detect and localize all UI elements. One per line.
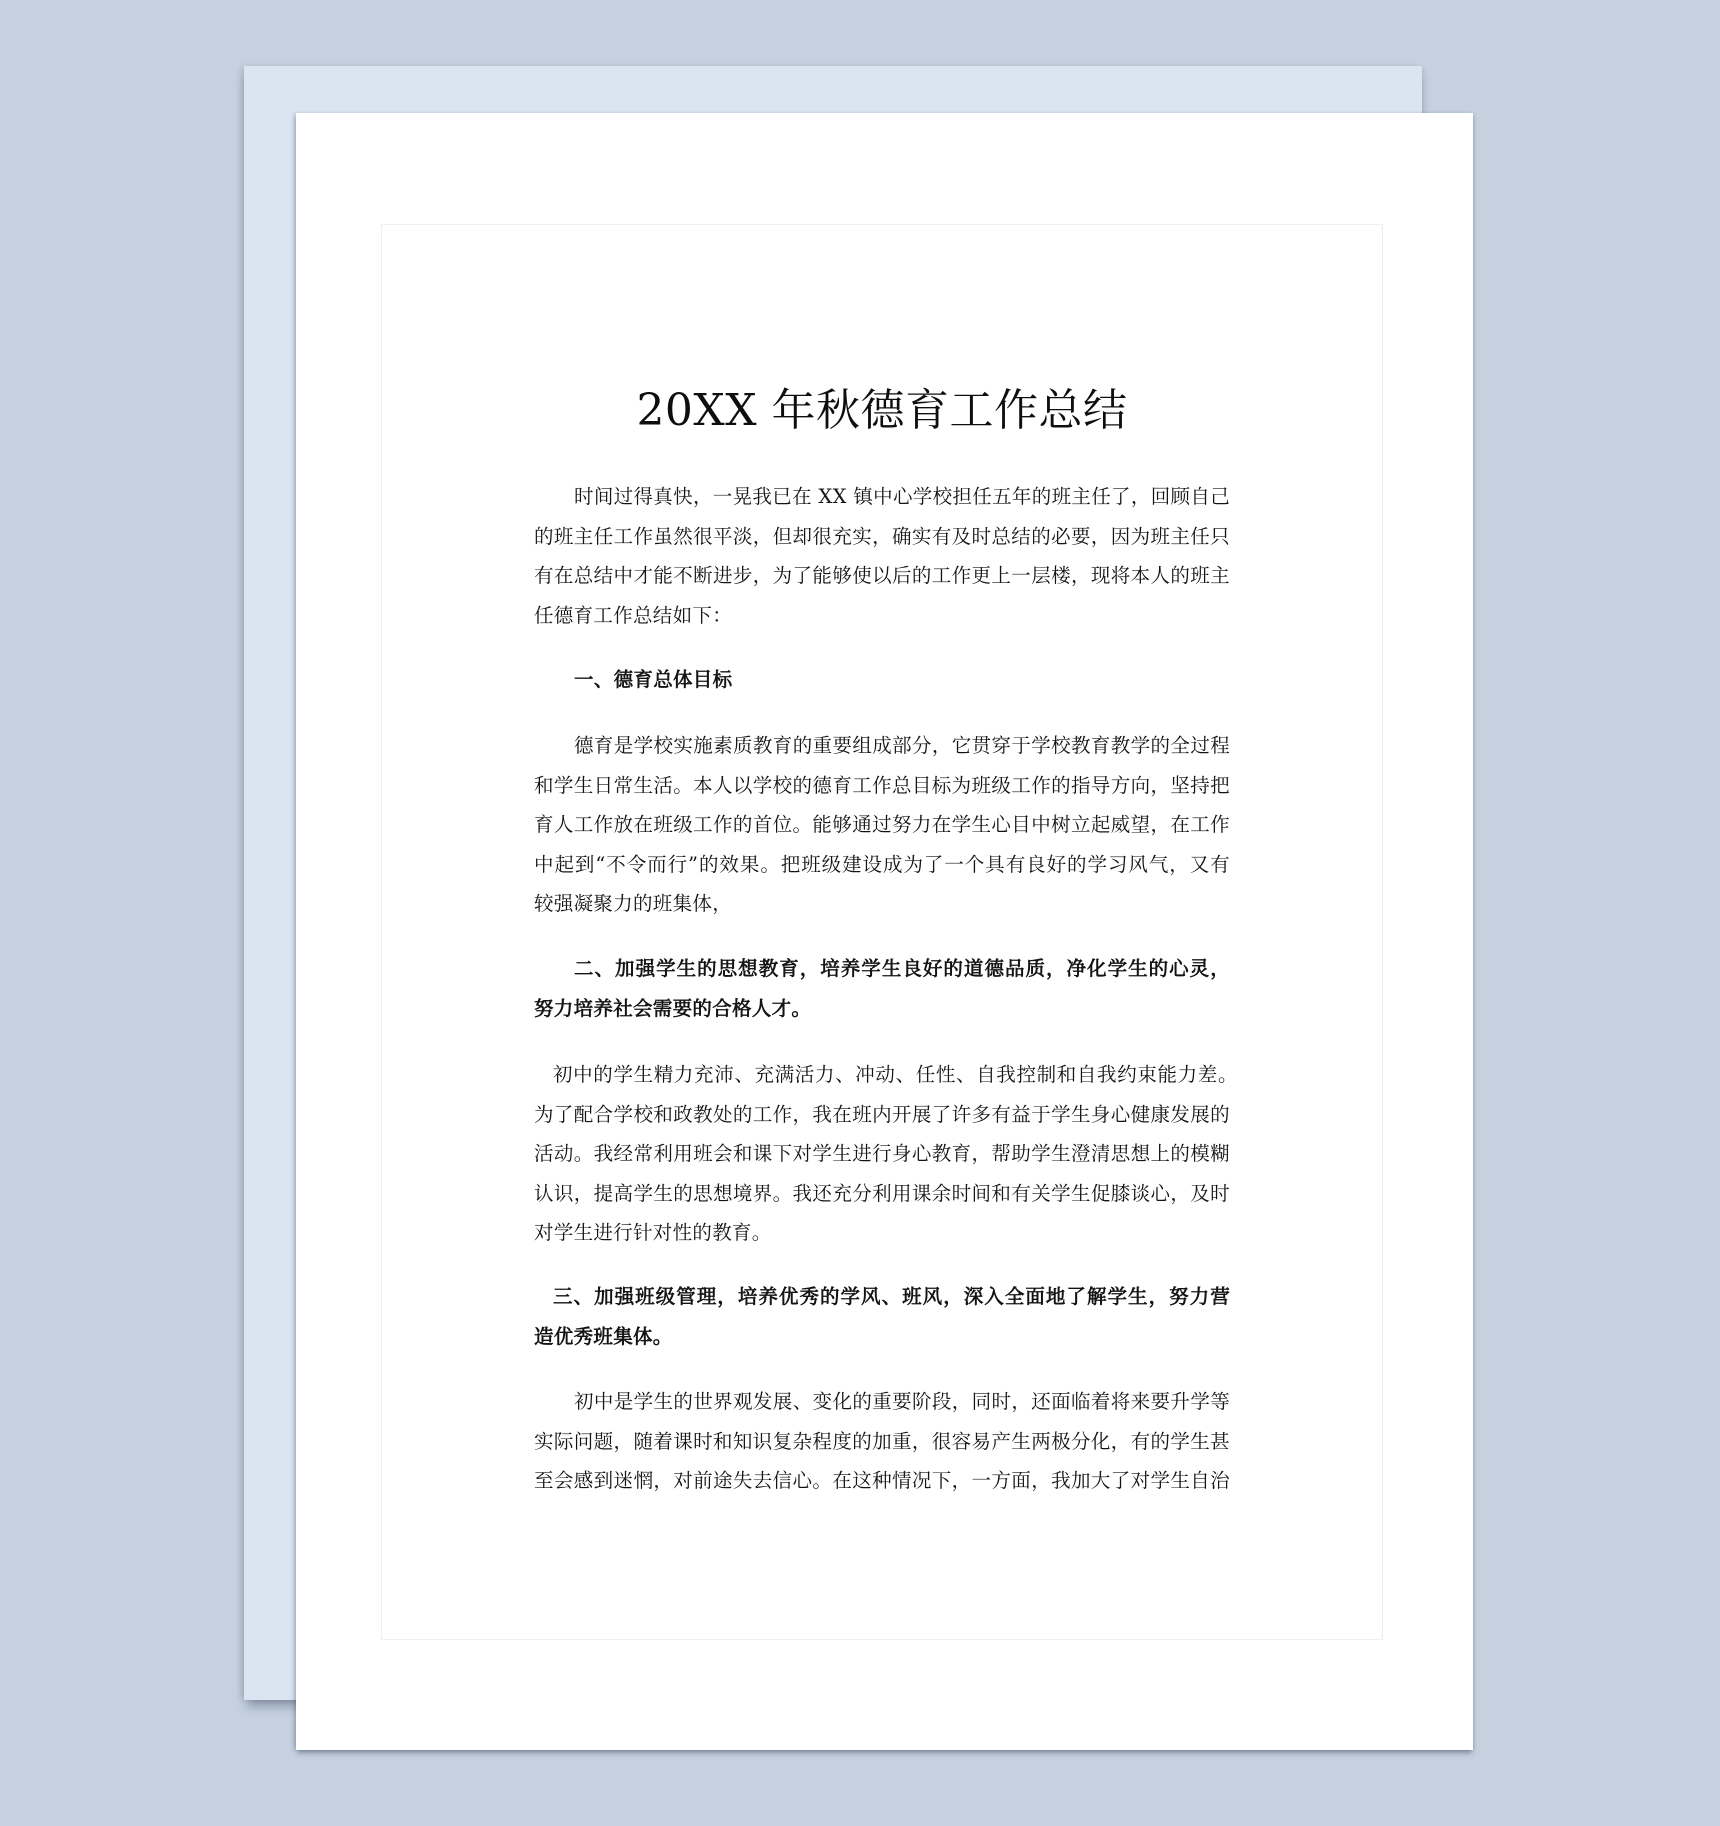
text-line: 德育是学校实施素质教育的重要组成部分，它贯穿于学校教育教学的全过程 [574, 726, 1230, 766]
paragraph-section-3: 初中是学生的世界观发展、变化的重要阶段，同时，还面临着将来要升学等 实际问题，随… [534, 1382, 1230, 1501]
text-line: 实际问题，随着课时和知识复杂程度的加重，很容易产生两极分化，有的学生甚 [534, 1422, 1230, 1462]
text-line: 活动。我经常利用班会和课下对学生进行身心教育，帮助学生澄清思想上的模糊 [534, 1134, 1230, 1174]
document-title: 20XX 年秋德育工作总结 [534, 385, 1230, 437]
text-line: 较强凝聚力的班集体， [534, 884, 1230, 924]
text-line: 的班主任工作虽然很平淡，但却很充实，确实有及时总结的必要，因为班主任只 [534, 517, 1230, 557]
section-heading-2: 二、加强学生的思想教育，培养学生良好的道德品质，净化学生的心灵， 努力培养社会需… [534, 949, 1230, 1028]
heading-line: 三、加强班级管理，培养优秀的学风、班风，深入全面地了解学生，努力营 [553, 1277, 1230, 1317]
paragraph-section-1: 德育是学校实施素质教育的重要组成部分，它贯穿于学校教育教学的全过程 和学生日常生… [534, 726, 1230, 924]
document-page: 20XX 年秋德育工作总结 时间过得真快，一晃我已在 XX 镇中心学校担任五年的… [296, 113, 1473, 1750]
text-line: 认识，提高学生的思想境界。我还充分利用课余时间和有关学生促膝谈心，及时 [534, 1174, 1230, 1214]
text-line: 任德育工作总结如下： [534, 596, 1230, 636]
text-line: 对学生进行针对性的教育。 [534, 1213, 1230, 1253]
heading-line: 努力培养社会需要的合格人才。 [534, 989, 1230, 1029]
heading-line: 一、德育总体目标 [574, 660, 1230, 700]
text-line: 时间过得真快，一晃我已在 XX 镇中心学校担任五年的班主任了，回顾自己 [574, 477, 1230, 517]
paragraph-section-2: 初中的学生精力充沛、充满活力、冲动、任性、自我控制和自我约束能力差。 为了配合学… [534, 1055, 1230, 1253]
text-line: 初中的学生精力充沛、充满活力、冲动、任性、自我控制和自我约束能力差。 [553, 1055, 1230, 1095]
section-heading-1: 一、德育总体目标 [534, 660, 1230, 700]
text-line: 为了配合学校和政教处的工作，我在班内开展了许多有益于学生身心健康发展的 [534, 1095, 1230, 1135]
text-line: 和学生日常生活。本人以学校的德育工作总目标为班级工作的指导方向，坚持把 [534, 766, 1230, 806]
text-line: 有在总结中才能不断进步，为了能够使以后的工作更上一层楼，现将本人的班主 [534, 556, 1230, 596]
paragraph-intro: 时间过得真快，一晃我已在 XX 镇中心学校担任五年的班主任了，回顾自己 的班主任… [534, 477, 1230, 635]
text-line: 初中是学生的世界观发展、变化的重要阶段，同时，还面临着将来要升学等 [574, 1382, 1230, 1422]
text-line: 至会感到迷惘，对前途失去信心。在这种情况下，一方面，我加大了对学生自治 [534, 1461, 1230, 1501]
text-line: 育人工作放在班级工作的首位。能够通过努力在学生心目中树立起威望，在工作 [534, 805, 1230, 845]
text-line: 中起到“不令而行”的效果。把班级建设成为了一个具有良好的学习风气，又有 [534, 845, 1230, 885]
heading-line: 二、加强学生的思想教育，培养学生良好的道德品质，净化学生的心灵， [574, 949, 1230, 989]
section-heading-3: 三、加强班级管理，培养优秀的学风、班风，深入全面地了解学生，努力营 造优秀班集体… [534, 1277, 1230, 1356]
heading-line: 造优秀班集体。 [534, 1317, 1230, 1357]
